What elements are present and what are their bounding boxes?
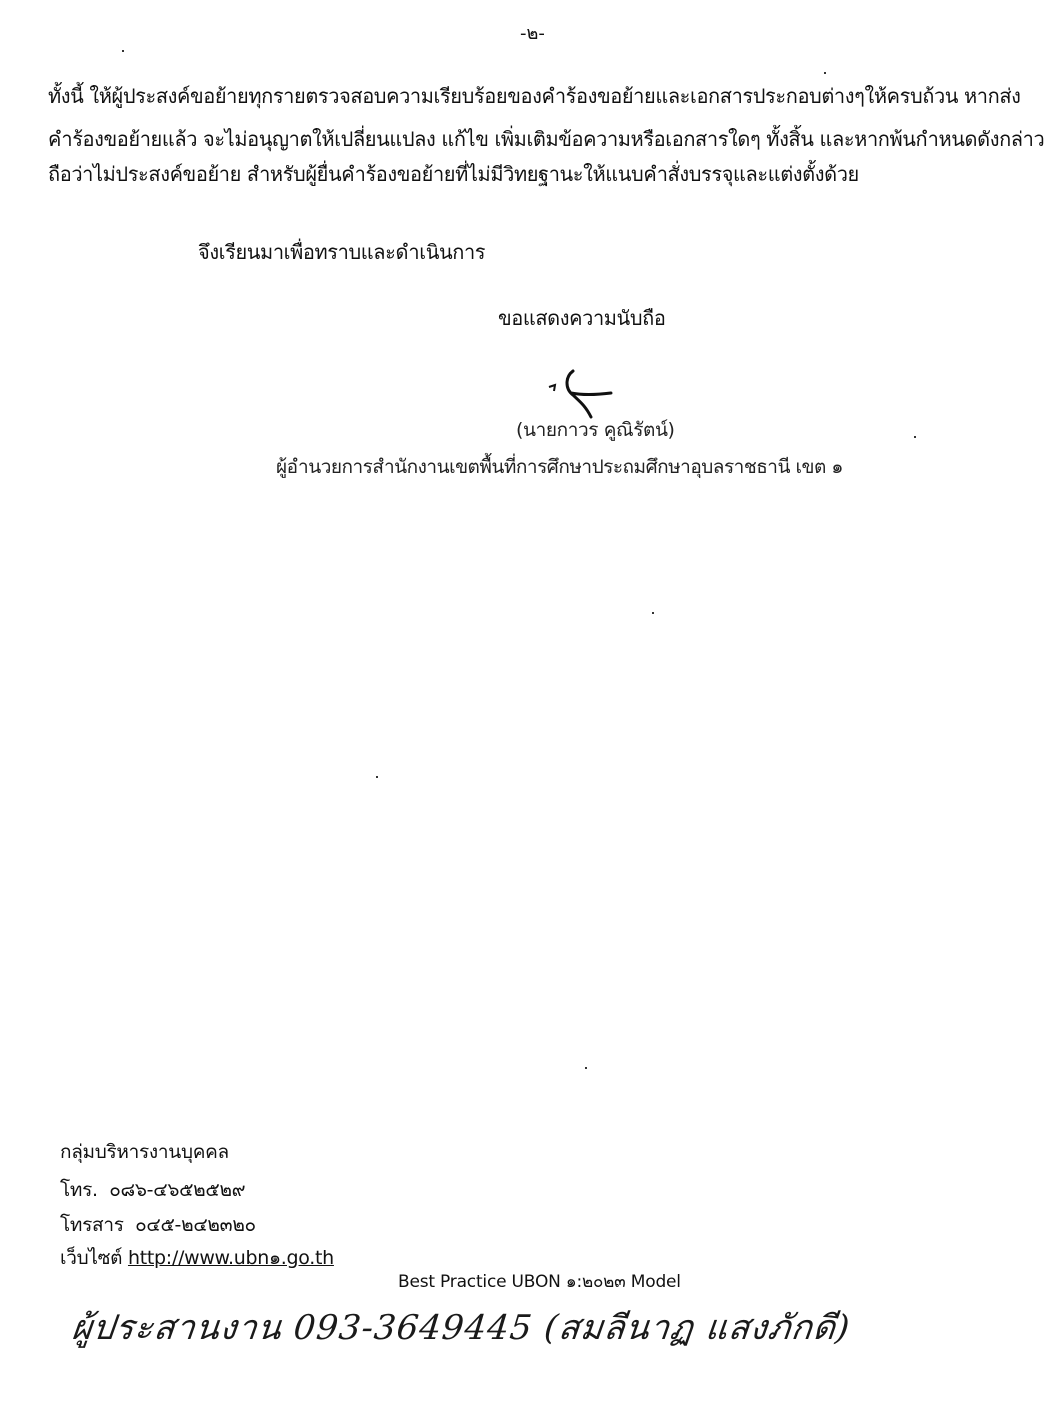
page-number: -๒-	[520, 18, 545, 47]
scan-speck	[914, 436, 916, 438]
website-label: เว็บไซต์	[60, 1247, 122, 1269]
body-paragraph-line-2: คำร้องขอย้ายแล้ว จะไม่อนุญาตให้เปลี่ยนแป…	[48, 123, 1044, 155]
footer-phone: โทร. ๐๘๖-๔๖๕๒๕๒๙	[60, 1175, 245, 1205]
body-paragraph-line-1: ทั้งนี้ ให้ผู้ประสงค์ขอย้ายทุกรายตรวจสอบ…	[48, 80, 1021, 112]
scan-speck	[824, 72, 826, 74]
scan-speck	[585, 1067, 587, 1069]
body-paragraph-line-3: ถือว่าไม่ประสงค์ขอย้าย สำหรับผู้ยื่นคำร้…	[48, 158, 859, 190]
scan-speck	[376, 776, 378, 778]
signer-name: (นายกาวร คูณิรัตน์)	[516, 415, 675, 445]
website-link[interactable]: http://www.ubn๑.go.th	[128, 1247, 334, 1269]
regards: ขอแสดงความนับถือ	[498, 302, 665, 334]
phone-number: ๐๘๖-๔๖๕๒๕๒๙	[109, 1179, 245, 1201]
scan-speck	[122, 50, 124, 52]
signer-title: ผู้อำนวยการสำนักงานเขตพื้นที่การศึกษาประ…	[276, 452, 843, 482]
footer-website: เว็บไซต์ http://www.ubn๑.go.th	[60, 1243, 334, 1273]
best-practice-tagline: Best Practice UBON ๑:๒๐๒๓ Model	[398, 1268, 681, 1295]
footer-fax: โทรสาร ๐๔๕-๒๔๒๓๒๐	[60, 1210, 256, 1240]
fax-label: โทรสาร	[60, 1214, 124, 1236]
fax-number: ๐๔๕-๒๔๒๓๒๐	[135, 1214, 256, 1236]
closing-sentence: จึงเรียนมาเพื่อทราบและดำเนินการ	[198, 236, 485, 268]
phone-label: โทร.	[60, 1179, 98, 1201]
scan-speck	[652, 612, 654, 614]
footer-department: กลุ่มบริหารงานบุคคล	[60, 1137, 229, 1167]
handwritten-coordinator-note: ผู้ประสานงาน 093-3649445 (สมลีนาฏ แสงภัก…	[69, 1300, 853, 1354]
